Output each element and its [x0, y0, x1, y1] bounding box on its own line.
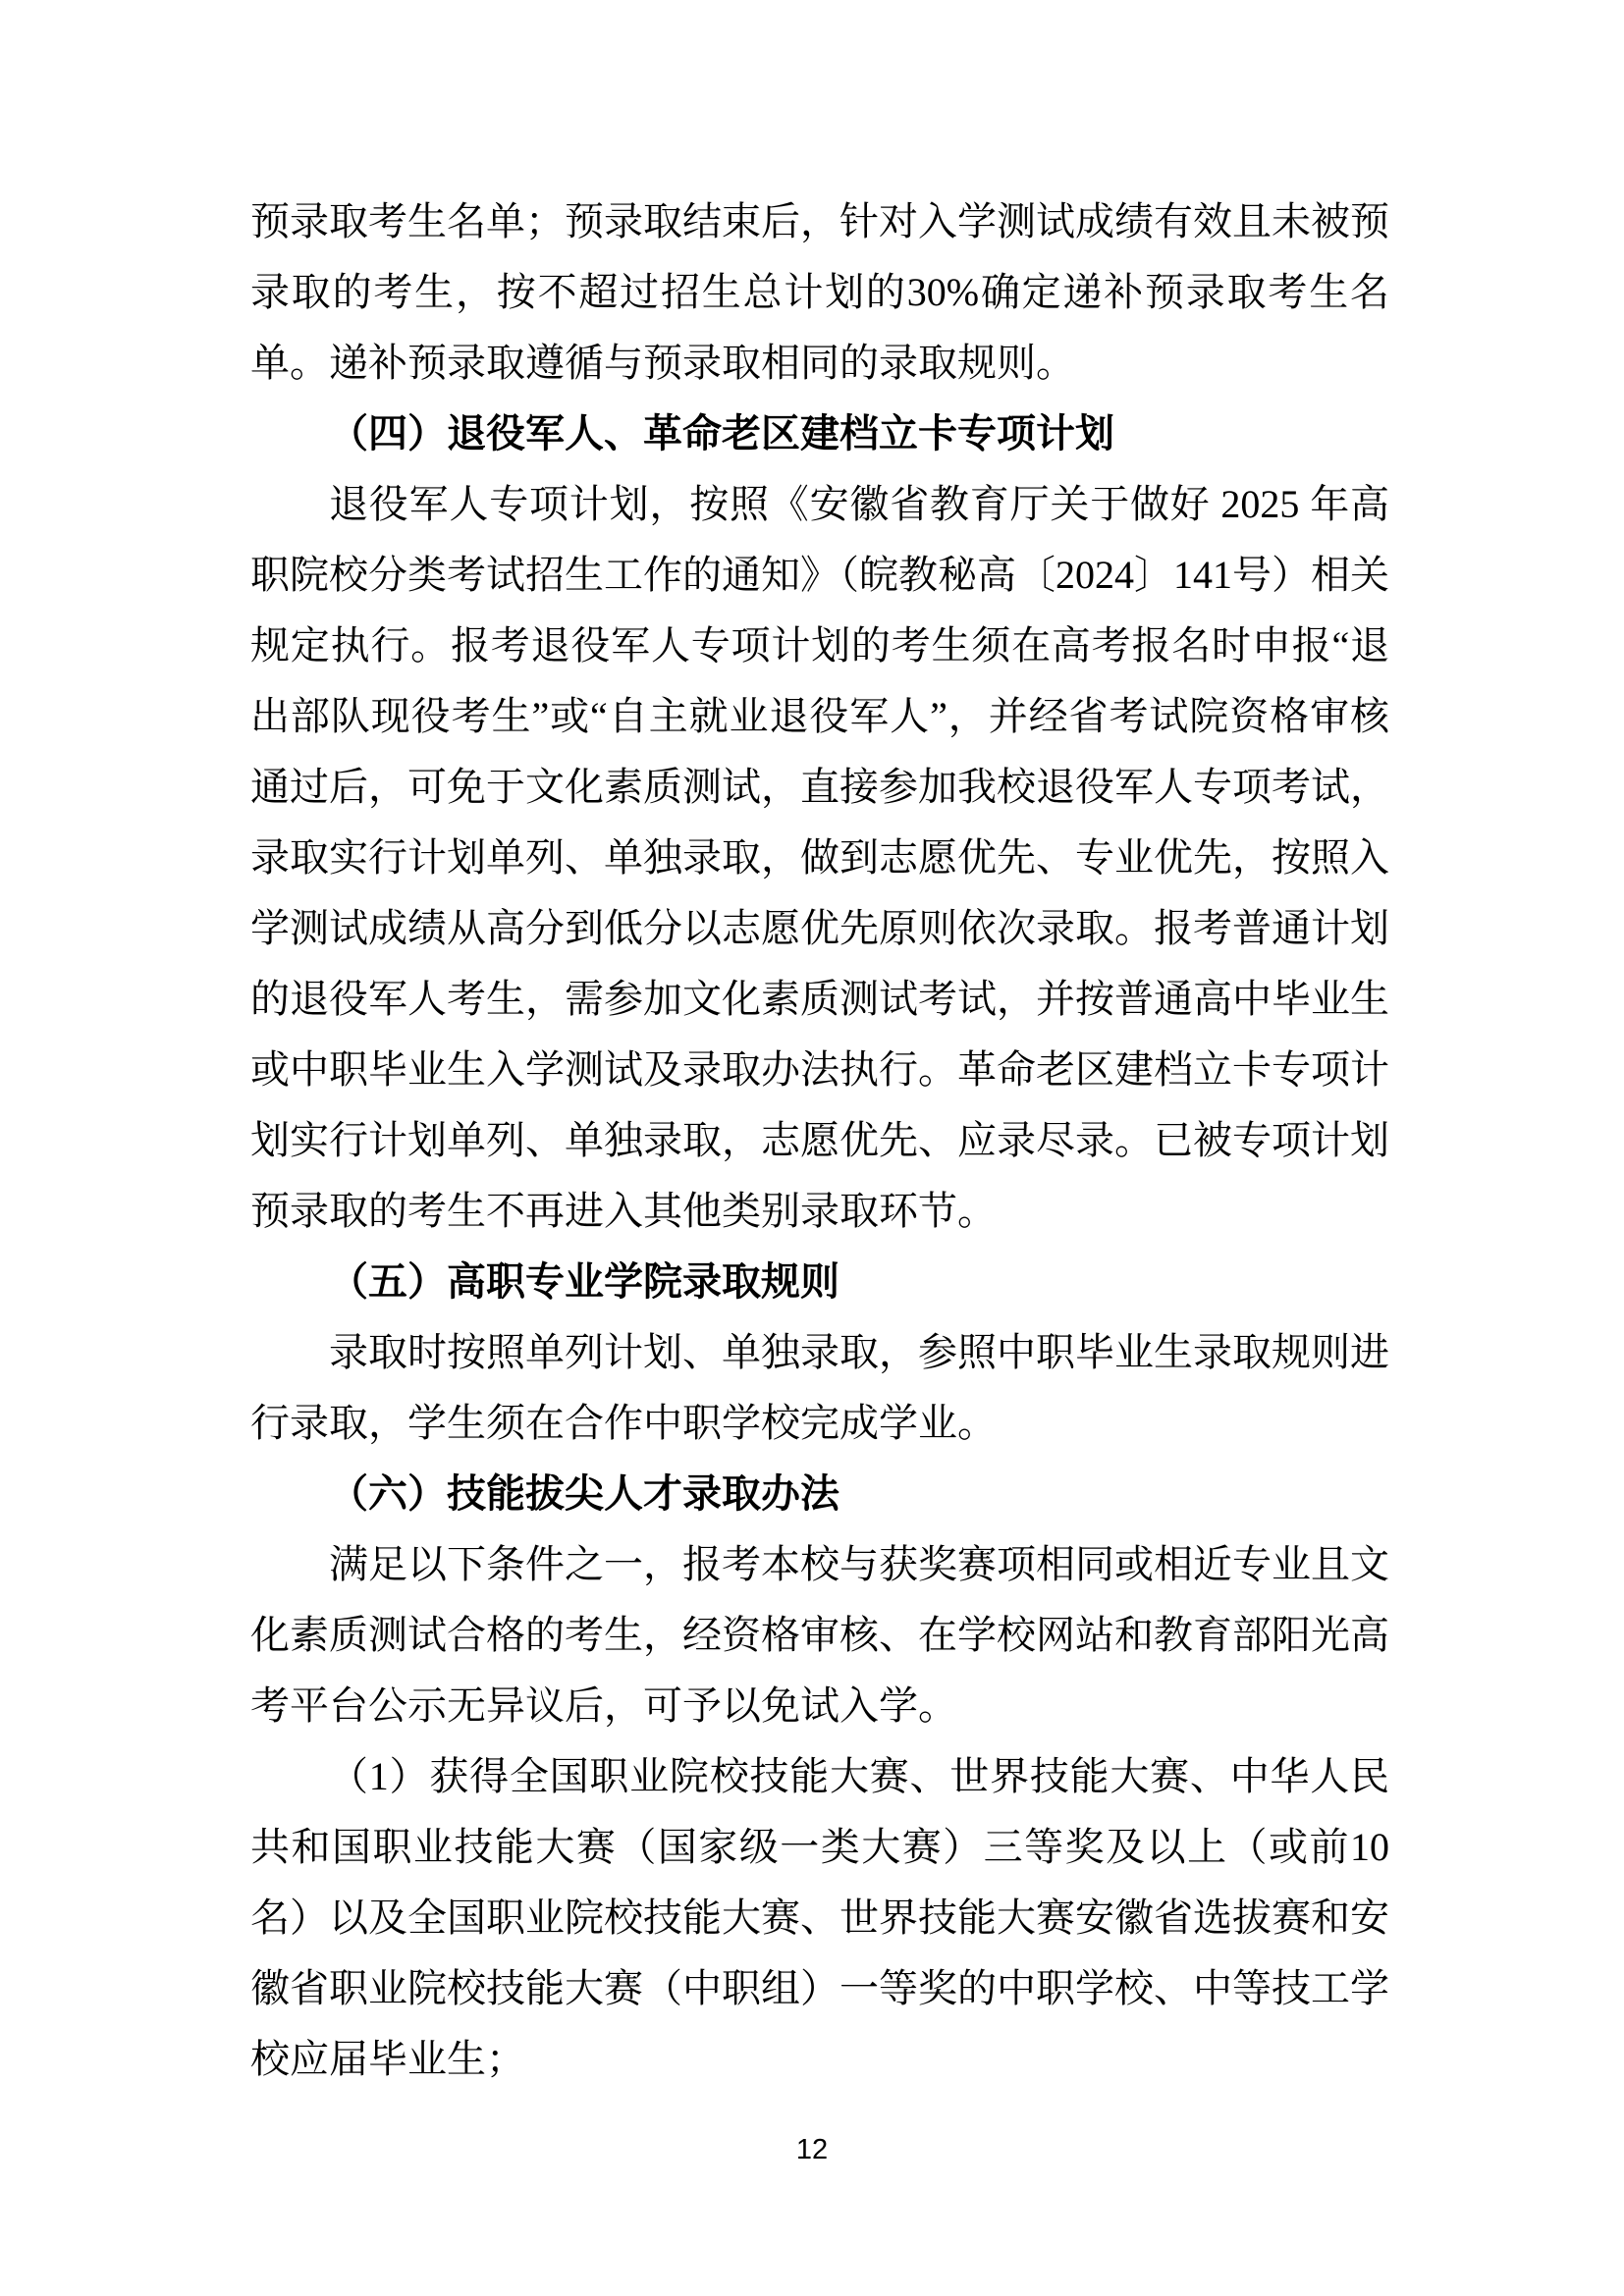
page-number: 12 — [0, 2133, 1624, 2166]
section-heading-5-vocational-college-rules: （五）高职专业学院录取规则 — [250, 1247, 1389, 1317]
document-body: 预录取考生名单；预录取结束后，针对入学测试成绩有效且未被预录取的考生，按不超过招… — [250, 187, 1389, 2095]
paragraph-vocational-college-rules: 录取时按照单列计划、单独录取，参照中职毕业生录取规则进行录取，学生须在合作中职学… — [250, 1317, 1389, 1459]
paragraph-pre-admission-continuation: 预录取考生名单；预录取结束后，针对入学测试成绩有效且未被预录取的考生，按不超过招… — [250, 187, 1389, 399]
paragraph-skill-talent-condition-1: （1）获得全国职业院校技能大赛、世界技能大赛、中华人民共和国职业技能大赛（国家级… — [250, 1741, 1389, 2095]
document-page: 预录取考生名单；预录取结束后，针对入学测试成绩有效且未被预录取的考生，按不超过招… — [0, 0, 1624, 2296]
paragraph-veteran-special-plan-rules: 退役军人专项计划，按照《安徽省教育厅关于做好 2025 年高职院校分类考试招生工… — [250, 469, 1389, 1247]
paragraph-skill-talent-conditions-intro: 满足以下条件之一，报考本校与获奖赛项相同或相近专业且文化素质测试合格的考生，经资… — [250, 1529, 1389, 1741]
section-heading-6-skill-talent-admission: （六）技能拔尖人才录取办法 — [250, 1459, 1389, 1529]
section-heading-4-veteran-special-plan: （四）退役军人、革命老区建档立卡专项计划 — [250, 399, 1389, 469]
